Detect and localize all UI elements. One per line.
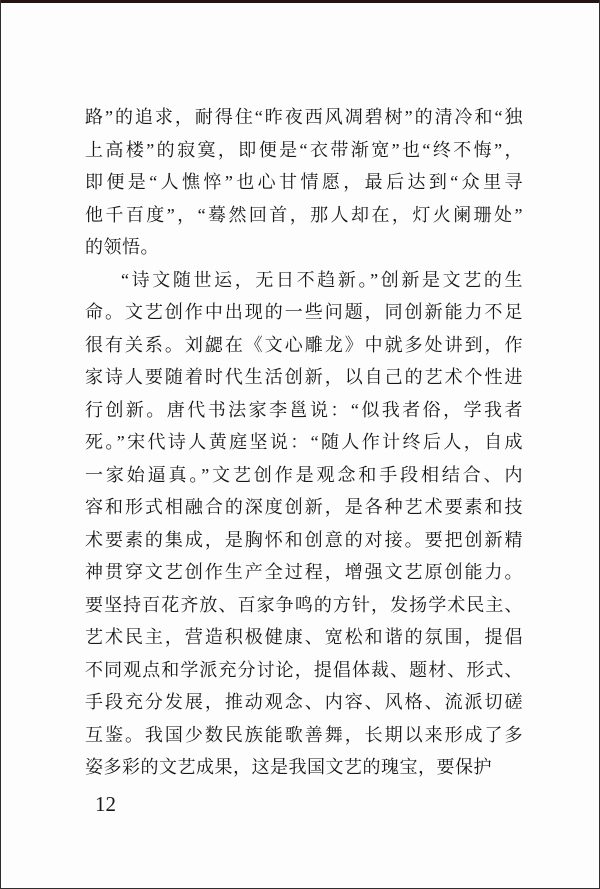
text-line: 命。文艺创作中出现的一些问题，同创新能力不足 <box>85 296 523 329</box>
text-line: 的领悟。 <box>85 231 523 264</box>
text-line: 死。”宋代诗人黄庭坚说：“随人作计终后人，自成 <box>85 426 523 459</box>
text-line: “诗文随世运，无日不趋新。”创新是文艺的生 <box>85 264 523 297</box>
text-line: 手段充分发展，推动观念、内容、风格、流派切磋 <box>85 686 523 719</box>
text-line: 容和形式相融合的深度创新，是各种艺术要素和技 <box>85 491 523 524</box>
paragraph-2: “诗文随世运，无日不趋新。”创新是文艺的生 命。文艺创作中出现的一些问题，同创新… <box>85 264 523 784</box>
text-line: 要坚持百花齐放、百家争鸣的方针，发扬学术民主、 <box>85 589 523 622</box>
page-number: 12 <box>95 792 116 816</box>
text-line: 不同观点和学派充分讨论，提倡体裁、题材、形式、 <box>85 654 523 687</box>
text-line: 路”的追求，耐得住“昨夜西风凋碧树”的清冷和“独 <box>85 101 523 134</box>
page-top-border <box>1 0 599 3</box>
text-line: 家诗人要随着时代生活创新，以自己的艺术个性进 <box>85 361 523 394</box>
text-line: 艺术民主，营造积极健康、宽松和谐的氛围，提倡 <box>85 621 523 654</box>
text-line: 上高楼”的寂寞，即便是“衣带渐宽”也“终不悔”， <box>85 134 523 167</box>
text-line: 他千百度”，“蓦然回首，那人却在，灯火阑珊处” <box>85 199 523 232</box>
text-line: 术要素的集成，是胸怀和创意的对接。要把创新精 <box>85 524 523 557</box>
text-line: 一家始逼真。”文艺创作是观念和手段相结合、内 <box>85 459 523 492</box>
text-line: 行创新。唐代书法家李邕说：“似我者俗，学我者 <box>85 394 523 427</box>
body-text: 路”的追求，耐得住“昨夜西风凋碧树”的清冷和“独 上高楼”的寂寞，即便是“衣带渐… <box>85 101 523 784</box>
text-line: 姿多彩的文艺成果，这是我国文艺的瑰宝，要保护 <box>85 751 523 784</box>
text-line: 即便是“人憔悴”也心甘情愿，最后达到“众里寻 <box>85 166 523 199</box>
text-line: 很有关系。刘勰在《文心雕龙》中就多处讲到，作 <box>85 329 523 362</box>
text-line: 神贯穿文艺创作生产全过程，增强文艺原创能力。 <box>85 556 523 589</box>
text-line: 互鉴。我国少数民族能歌善舞，长期以来形成了多 <box>85 719 523 752</box>
book-page: 路”的追求，耐得住“昨夜西风凋碧树”的清冷和“独 上高楼”的寂寞，即便是“衣带渐… <box>0 0 600 889</box>
paragraph-1: 路”的追求，耐得住“昨夜西风凋碧树”的清冷和“独 上高楼”的寂寞，即便是“衣带渐… <box>85 101 523 264</box>
